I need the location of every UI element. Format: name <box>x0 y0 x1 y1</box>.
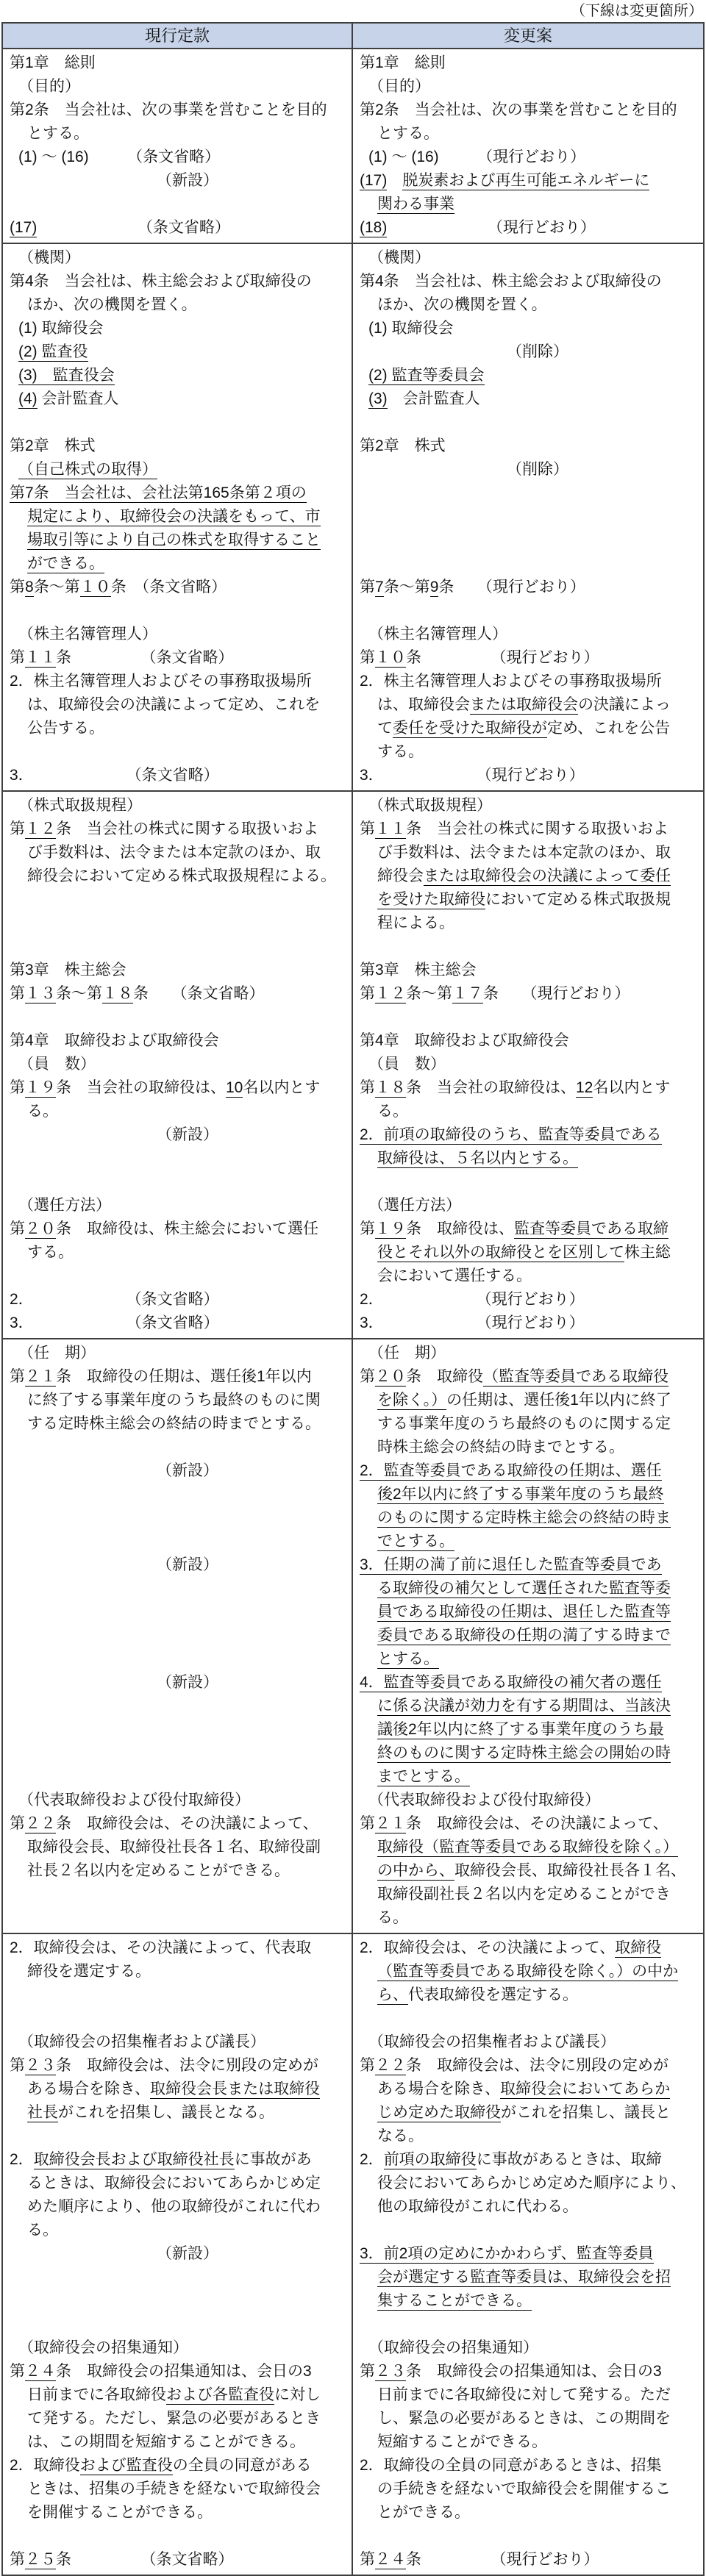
text-segment: （員 数） <box>18 1056 96 1073</box>
text-line: 社長がこれを招集し、議長となる。 <box>7 2101 350 2125</box>
underlined-segment: または取締役会 <box>470 696 578 715</box>
line-gap <box>357 935 702 959</box>
line-gap <box>7 1577 350 1671</box>
text-line: 2．前項の取締役のうち、監査等委員である <box>357 1123 702 1147</box>
text-segment: 第2条 当会社は、次の事業を営むことを目的 <box>10 101 327 118</box>
text-segment: する定時株主総会の終結の時までとする。 <box>27 1415 321 1432</box>
cell-current: （任 期）第２１条 取締役の任期は、選任後1年以内に終了する事業年度のうち最終の… <box>3 1339 353 1933</box>
text-segment: 第 <box>10 1079 25 1096</box>
underlined-segment: 取締役会長または取締役 <box>150 2081 320 2099</box>
text-line: 関わる事業 <box>357 193 702 216</box>
underlined-segment: 取締役 <box>615 1939 661 1958</box>
text-segment: 条 （条文省略） <box>56 2551 234 2568</box>
text-line: （株式取扱規程） <box>357 794 702 817</box>
text-line: とする。 <box>7 122 350 146</box>
text-segment: 第1章 総則 <box>360 54 446 71</box>
text-line: （株主名簿管理人） <box>357 623 702 646</box>
marker-line: （削除） <box>357 340 702 364</box>
text-line: を開催することができる。 <box>7 2501 350 2525</box>
text-line: て委任を受けた取締役が定め、これを公告 <box>357 717 702 740</box>
cell-proposed: 2．取締役会は、その決議によって、取締役（監査等委員である取締役を除く。）の中か… <box>353 1934 703 2575</box>
text-line: (1) 取締役会 <box>7 317 350 340</box>
text-line: 会において選任する。 <box>357 1264 702 1288</box>
text-segment: に事故があるときは、取締 <box>477 2151 662 2168</box>
text-segment: の任期は、選任後1年以内に終了 <box>446 1392 671 1409</box>
text-segment: び手数料は、法令または本定款のほか、取 <box>377 844 671 861</box>
text-segment: る。 <box>27 2222 58 2239</box>
text-segment: めた順序により、他の取締役がこれに代わ <box>27 2198 321 2215</box>
text-line: (17) 脱炭素および再生可能エネルギーに <box>357 169 702 193</box>
text-segment: 条～第 <box>406 985 452 1002</box>
text-line: 取締役副社長２名以内を定めることができ <box>357 1883 702 1906</box>
text-segment: の全員の同意がある <box>173 2457 312 2474</box>
text-line: を受けた取締役において定める株式取扱規 <box>357 888 702 912</box>
text-line: 取締役は、５名以内とする。 <box>357 1147 702 1170</box>
text-segment: 名以内とす <box>243 1079 320 1096</box>
text-line: (1) ～ (16) （条文省略） <box>7 146 350 169</box>
text-line: 第２３条 取締役会は、法令に別段の定めが <box>7 2054 350 2078</box>
underlined-segment: （監査等委員である取締役 <box>483 1368 668 1387</box>
underlined-segment: および監査役 <box>80 2457 173 2475</box>
text-line: 第２０条 取締役（監査等委員である取締役 <box>357 1365 702 1389</box>
text-line: 議後2年以内に終了する事業年度のうち最 <box>357 1718 702 1742</box>
revision-note: （下線は変更箇所） <box>1 1 705 22</box>
text-line: (4) 会計監査人 <box>7 387 350 411</box>
text-segment: (1) ～ (16) （現行どおり） <box>368 149 585 165</box>
underlined-segment: (18) <box>360 219 387 237</box>
text-segment: （代表取締役および役付取締役） <box>18 1792 250 1808</box>
text-line: 程による。 <box>357 912 702 935</box>
text-segment: において定める株式取扱規 <box>485 891 671 908</box>
text-segment: （目的） <box>368 78 430 95</box>
line-gap <box>357 2313 702 2336</box>
text-segment: 条 取締役は、 <box>406 1220 514 1237</box>
table-row: 2．取締役会は、その決議によって、代表取締役を選定する。（取締役会の招集権者およ… <box>3 1934 703 2575</box>
underlined-segment: １８ <box>102 985 133 1003</box>
line-gap <box>7 599 350 623</box>
text-segment: （任 期） <box>18 1345 96 1362</box>
text-line: 2．監査等委員である取締役の任期は、選任 <box>357 1459 702 1483</box>
text-segment: 取締役会長、取締役社長各１名、取締役副 <box>27 1839 321 1856</box>
text-line: 第１２条～第１７条 （現行どおり） <box>357 982 702 1006</box>
text-line: （選任方法） <box>357 1194 702 1217</box>
cell-proposed: （株式取扱規程）第１１条 当会社の株式に関する取扱いおよび手数料は、法令または本… <box>353 792 703 1338</box>
underlined-segment: 取締役は、５名以内とする。 <box>377 1150 578 1168</box>
text-line: の手続きを経ないで取締役会を開催するこ <box>357 2477 702 2501</box>
text-segment: 2．取締役会は、その決議によって、 <box>360 1939 615 1956</box>
text-line: （目的） <box>357 75 702 99</box>
text-line: は、この期間を短縮することができる。 <box>7 2430 350 2454</box>
text-segment: 短縮することができる。 <box>377 2433 547 2450</box>
document-page: （下線は変更箇所） 現行定款 変更案 第1章 総則（目的）第2条 当会社は、次の… <box>0 0 706 2576</box>
text-line: （取締役会の招集通知） <box>357 2336 702 2360</box>
text-segment: 条 （現行どおり） <box>406 2551 599 2568</box>
text-segment: (1) ～ (16) （条文省略） <box>18 149 220 165</box>
underlined-segment: 脱炭素および再生可能エネルギーに <box>402 172 649 190</box>
underlined-segment: 社長 <box>27 2104 58 2122</box>
underlined-segment: ２１ <box>25 1368 56 1387</box>
text-segment: 2． <box>10 2151 34 2168</box>
text-segment: 第 <box>360 1368 375 1385</box>
text-line: 第２４条 （現行どおり） <box>357 2548 702 2572</box>
text-segment: （新設） <box>157 1556 218 1573</box>
underlined-segment: 場取引等により自己の株式を取得すること <box>27 532 321 550</box>
articles-comparison-table: 現行定款 変更案 第1章 総則（目的）第2条 当会社は、次の事業を営むことを目的… <box>1 22 705 2576</box>
text-line: (3) 監査役会 <box>7 364 350 387</box>
text-segment: (1) 取締役会 <box>18 320 104 337</box>
text-segment: 第 <box>10 2057 25 2074</box>
text-segment: 会計監査人 <box>38 390 119 407</box>
text-segment: 株主総 <box>624 1244 671 1261</box>
underlined-segment: ができる。 <box>27 555 104 573</box>
underlined-segment: (3) <box>368 390 388 409</box>
text-line: 2． （現行どおり） <box>357 1288 702 1312</box>
text-segment: （選任方法） <box>368 1197 461 1214</box>
text-line: 第7条～第9条 （現行どおり） <box>357 576 702 599</box>
table-rows: 第1章 総則（目的）第2条 当会社は、次の事業を営むことを目的とする。(1) ～… <box>3 49 703 2575</box>
text-segment: 第4章 取締役および取締役会 <box>360 1032 569 1049</box>
text-segment: する事業年度のうち最終のものに関する定 <box>377 1415 671 1432</box>
underlined-segment: 7 <box>375 579 384 597</box>
text-line: る。 <box>7 1100 350 1123</box>
text-line: （株主名簿管理人） <box>7 623 350 646</box>
text-line: とする。 <box>357 1647 702 1671</box>
underlined-segment: 4．監査等委員である取締役の補欠者の選任 <box>360 1674 662 1692</box>
text-line: 日前までに各取締役および各監査役に対し <box>7 2383 350 2407</box>
text-segment: て <box>377 720 393 737</box>
cell-proposed: （任 期）第２０条 取締役（監査等委員である取締役を除く。）の任期は、選任後1年… <box>353 1339 703 1933</box>
text-segment: （機関） <box>18 249 80 266</box>
text-segment: 第 <box>10 820 25 837</box>
text-line: する。 <box>7 1241 350 1264</box>
underlined-segment: （監査等委員である取締役を除く。）の中か <box>377 1963 678 1981</box>
text-segment: 条～第 <box>56 985 102 1002</box>
text-segment: 第 <box>10 2551 25 2568</box>
text-line: （員 数） <box>357 1053 702 1076</box>
text-line: 第２１条 取締役会は、その決議によって、 <box>357 1812 702 1836</box>
text-segment: 第 <box>360 2551 375 2568</box>
marker-line: （新設） <box>7 1123 350 1147</box>
text-line: （代表取締役および役付取締役） <box>357 1789 702 1812</box>
text-segment: る。 <box>377 1909 408 1926</box>
text-segment: 代表取締役を選定する。 <box>408 1986 578 2003</box>
text-segment: 公告する。 <box>27 720 104 737</box>
text-segment: ときは、招集の手続きを経ないで取締役会 <box>27 2480 321 2497</box>
text-segment: 条 取締役会の招集通知は、会日の3 <box>56 2363 312 2380</box>
text-line: 第4条 当会社は、株主総会および取締役の <box>7 270 350 293</box>
line-gap <box>7 1483 350 1553</box>
text-line: 第2条 当会社は、次の事業を営むことを目的 <box>7 99 350 122</box>
underlined-segment: １１ <box>375 820 406 839</box>
text-segment: 第 <box>360 820 375 837</box>
line-gap <box>7 193 350 216</box>
underlined-segment: の中から、 <box>377 1862 454 1881</box>
text-segment: 条 当会社の株式に関する取扱いおよ <box>406 820 668 837</box>
underlined-segment: (2) 監査等委員会 <box>368 367 485 385</box>
text-line: 第4条 当会社は、株主総会および取締役の <box>357 270 702 293</box>
text-segment: （新設） <box>157 1126 218 1143</box>
underlined-segment: １７ <box>452 985 483 1003</box>
underlined-segment: １０ <box>375 649 406 668</box>
text-line: までとする。 <box>357 1765 702 1789</box>
underlined-segment: 前項の取締役 <box>384 2151 477 2169</box>
text-segment: 2．取締役の全員の同意があるときは、招集 <box>360 2457 662 2474</box>
text-line: 第2章 株式 <box>357 434 702 458</box>
text-line: なる。 <box>357 2125 702 2148</box>
text-segment: 条 （条文省略） <box>133 985 265 1002</box>
text-line: 終のものに関する定時株主総会の開始の時 <box>357 1742 702 1765</box>
text-segment: する。 <box>27 1244 74 1261</box>
text-segment: 3． （現行どおり） <box>360 767 585 784</box>
text-line: 4．監査等委員である取締役の補欠者の選任 <box>357 1671 702 1695</box>
text-segment: 他の取締役がこれに代わる。 <box>377 2198 578 2215</box>
line-gap <box>7 1006 350 1029</box>
text-line: る。 <box>357 1906 702 1930</box>
text-segment: がこれを招集し、議長と <box>501 2104 671 2121</box>
line-gap <box>357 2525 702 2548</box>
cell-proposed: 第1章 総則（目的）第2条 当会社は、次の事業を営むことを目的とする。(1) ～… <box>353 49 703 243</box>
text-line: 2．取締役の全員の同意があるときは、招集 <box>357 2454 702 2477</box>
underlined-segment: （自己株式の取得） <box>18 461 157 479</box>
text-segment: する。 <box>377 743 424 760</box>
text-line: 規定により、取締役会の決議をもって、市 <box>7 505 350 529</box>
text-line: 第1章 総則 <box>357 51 702 75</box>
text-segment: に事故があ <box>235 2151 312 2168</box>
marker-line: （削除） <box>357 458 702 482</box>
text-line: に終了する事業年度のうち最終のものに関 <box>7 1389 350 1412</box>
text-segment: を開催することができる。 <box>27 2504 213 2521</box>
text-segment: 3． （現行どおり） <box>360 1314 585 1331</box>
text-segment: 締役会において定める株式取扱規程による。 <box>27 867 336 884</box>
table-header-row: 現行定款 変更案 <box>3 24 703 49</box>
text-segment: 第3章 株主総会 <box>10 962 126 978</box>
line-gap <box>7 1983 350 2031</box>
text-line: めた順序により、他の取締役がこれに代わ <box>7 2195 350 2219</box>
text-segment: 第2条 当会社は、次の事業を営むことを目的 <box>360 101 677 118</box>
text-segment: 会計監査人 <box>388 390 480 407</box>
line-gap <box>7 1883 350 1930</box>
text-line: 2．取締役会は、その決議によって、代表取 <box>7 1936 350 1960</box>
text-line: 3． （現行どおり） <box>357 764 702 787</box>
text-segment: るときは、取締役会においてあらかじめ定 <box>27 2175 321 2192</box>
text-line: ほか、次の機関を置く。 <box>357 293 702 317</box>
text-segment: 第 <box>10 649 25 666</box>
cell-proposed: （機関）第4条 当会社は、株主総会および取締役のほか、次の機関を置く。(1) 取… <box>353 244 703 790</box>
text-segment: 条 （現行どおり） <box>483 985 630 1002</box>
text-segment: （株式取扱規程） <box>368 797 492 814</box>
text-segment: 第 <box>360 985 375 1002</box>
underlined-segment: とする。 <box>377 1650 439 1669</box>
text-line: 第4章 取締役および取締役会 <box>7 1029 350 1053</box>
text-line: 第２２条 取締役会は、その決議によって、 <box>7 1812 350 1836</box>
underlined-segment: ２２ <box>375 2057 406 2075</box>
underlined-segment: 8 <box>25 579 34 597</box>
text-line: は、取締役会の決議によって定め、これを <box>7 693 350 717</box>
text-line: （員 数） <box>7 1053 350 1076</box>
text-line: （取締役会の招集権者および議長） <box>7 2031 350 2054</box>
text-line: する。 <box>357 740 702 764</box>
text-segment: 3． （条文省略） <box>10 1314 219 1331</box>
text-segment: 第3章 株主総会 <box>360 962 477 978</box>
text-line: とする。 <box>357 122 702 146</box>
text-line: を除く。）の任期は、選任後1年以内に終了 <box>357 1389 702 1412</box>
text-line: 2．株主名簿管理人およびその事務取扱場所 <box>357 670 702 693</box>
text-line: 第２４条 取締役会の招集通知は、会日の3 <box>7 2360 350 2383</box>
text-segment: の手続きを経ないで取締役会を開催するこ <box>377 2480 671 2497</box>
underlined-segment: 12 <box>576 1079 593 1098</box>
text-segment: ほか、次の機関を置く。 <box>27 296 197 313</box>
underlined-segment: ２４ <box>25 2363 56 2381</box>
text-segment: 時株主総会の終結の時までとする。 <box>377 1439 624 1456</box>
line-gap <box>7 1436 350 1459</box>
text-segment: 取締役会長、取締役社長各１名、 <box>454 1862 686 1879</box>
text-segment: る。 <box>27 1103 58 1120</box>
text-line: 第2章 株式 <box>7 434 350 458</box>
text-segment: （取締役会の招集通知） <box>18 2339 188 2356</box>
table-row: （機関）第4条 当会社は、株主総会および取締役のほか、次の機関を置く。(1) 取… <box>3 244 703 792</box>
text-line: 役会においてあらかじめ定めた順序により、 <box>357 2172 702 2195</box>
text-segment: 2．株主名簿管理人およびその事務取扱場所 <box>360 673 662 690</box>
text-segment: 締役を選定する。 <box>27 1963 151 1980</box>
underlined-segment: (17) <box>10 219 37 237</box>
text-segment: 条 （条文省略） <box>56 649 234 666</box>
underlined-segment: ２３ <box>375 2363 406 2381</box>
text-segment: 条 当会社の株式に関する取扱いおよ <box>56 820 318 837</box>
text-line: ら、代表取締役を選定する。 <box>357 1983 702 2007</box>
text-segment: とができる。 <box>377 2504 470 2521</box>
line-gap <box>357 2219 702 2242</box>
marker-line: （新設） <box>7 169 350 193</box>
text-line: （株式取扱規程） <box>7 794 350 817</box>
text-segment: （削除） <box>507 343 568 360</box>
text-segment: （機関） <box>368 249 430 266</box>
underlined-segment: ２４ <box>375 2551 406 2569</box>
text-line: 締役会において定める株式取扱規程による。 <box>7 865 350 888</box>
text-segment: 第 <box>360 579 375 595</box>
text-segment: 定め、これを公告 <box>547 720 670 737</box>
text-line: 第１３条～第１８条 （条文省略） <box>7 982 350 1006</box>
text-segment: る。 <box>377 1103 408 1120</box>
underlined-segment: 2．監査等委員である取締役の任期は、選任 <box>360 1462 662 1481</box>
text-segment: 第 <box>10 985 25 1002</box>
text-line: （選任方法） <box>7 1194 350 1217</box>
text-line: 場取引等により自己の株式を取得すること <box>7 529 350 552</box>
text-line: 第２５条 （条文省略） <box>7 2548 350 2572</box>
text-segment: （取締役会の招集権者および議長） <box>368 2033 616 2050</box>
text-segment: とする。 <box>27 125 89 142</box>
text-segment: 役会においてあらかじめ定めた順序により、 <box>377 2175 686 2192</box>
underlined-segment: ２１ <box>375 1815 406 1833</box>
text-line: 第8条～第１０条 （条文省略） <box>7 576 350 599</box>
text-line: (18) （現行どおり） <box>357 216 702 240</box>
text-line: 第3章 株主総会 <box>7 959 350 982</box>
text-segment: 2．取締役会は、その決議によって、代表取 <box>10 1939 311 1956</box>
underlined-segment: 2．前項の取締役のうち、監査等委員である <box>360 1126 662 1145</box>
text-line: 役とそれ以外の取締役とを区別して株主総 <box>357 1241 702 1264</box>
underlined-segment: を受けた取締役 <box>377 891 485 909</box>
text-line: は、取締役会または取締役会の決議によっ <box>357 693 702 717</box>
marker-line: （新設） <box>7 1459 350 1483</box>
text-segment: なる。 <box>377 2128 424 2144</box>
table-row: （株式取扱規程）第１２条 当会社の株式に関する取扱いおよび手数料は、法令または本… <box>3 792 703 1339</box>
text-line: (2) 監査役 <box>7 340 350 364</box>
text-segment: 第 <box>10 2363 25 2380</box>
underlined-segment: １０ <box>80 579 111 597</box>
text-line: び手数料は、法令または本定款のほか、取 <box>7 841 350 865</box>
underlined-segment: ２２ <box>25 1815 56 1833</box>
text-line: （目的） <box>7 75 350 99</box>
text-segment: 条 取締役会は、法令に別段の定めが <box>406 2057 668 2074</box>
line-gap <box>357 2007 702 2031</box>
line-gap <box>7 888 350 959</box>
underlined-segment: ２５ <box>25 2551 56 2569</box>
text-segment: ある場合を除き、 <box>27 2081 150 2097</box>
underlined-segment: じめ定めた取締役 <box>377 2104 501 2122</box>
text-segment: 2． <box>360 2151 384 2168</box>
text-line: でとする。 <box>357 1530 702 1553</box>
text-segment: （株式取扱規程） <box>18 797 142 814</box>
text-line: 日前までに各取締役に対して発する。ただ <box>357 2383 702 2407</box>
header-proposed-amendments: 変更案 <box>353 24 703 48</box>
text-segment: 社長２名以内を定めることができる。 <box>27 1862 290 1879</box>
text-line: 2．取締役会長および取締役社長に事故があ <box>7 2148 350 2172</box>
text-segment: （員 数） <box>368 1056 446 1073</box>
text-line: 3． （現行どおり） <box>357 1312 702 1335</box>
text-line: 第3章 株主総会 <box>357 959 702 982</box>
line-gap <box>7 2266 350 2336</box>
text-segment: 第 <box>10 579 25 595</box>
line-gap <box>7 1264 350 1288</box>
text-segment <box>387 172 402 189</box>
text-line: るときは、取締役会においてあらかじめ定 <box>7 2172 350 2195</box>
text-line: ときは、招集の手続きを経ないで取締役会 <box>7 2477 350 2501</box>
underlined-segment: 関わる事業 <box>377 196 454 214</box>
text-line: 3． （条文省略） <box>7 1312 350 1335</box>
text-line: 2． （条文省略） <box>7 1288 350 1312</box>
text-segment: 第2章 株式 <box>360 437 446 454</box>
underlined-segment: 委員である取締役の任期の満了する時まで <box>377 1627 671 1645</box>
text-line: (1) ～ (16) （現行どおり） <box>357 146 702 169</box>
text-line: ある場合を除き、取締役会においてあらか <box>357 2078 702 2101</box>
underlined-segment: ２０ <box>25 1220 56 1239</box>
line-gap <box>7 1695 350 1789</box>
text-segment: に終了する事業年度のうち最終のものに関 <box>27 1392 321 1409</box>
underlined-segment: １８ <box>375 1079 406 1098</box>
text-segment: は、取締役会 <box>377 696 470 713</box>
text-segment: 条～第 <box>384 579 430 595</box>
underlined-segment: までとする。 <box>377 1768 470 1786</box>
text-segment: （目的） <box>18 78 80 95</box>
underlined-segment: (17) <box>360 172 387 190</box>
underlined-segment: 10 <box>226 1079 243 1098</box>
text-line: する事業年度のうち最終のものに関する定 <box>357 1412 702 1436</box>
text-segment: （現行どおり） <box>387 219 596 236</box>
underlined-segment: (3) 監査役会 <box>18 367 115 385</box>
text-segment: （新設） <box>157 1674 218 1691</box>
text-line: 委員である取締役の任期の満了する時まで <box>357 1624 702 1647</box>
text-segment: （代表取締役および役付取締役） <box>368 1792 600 1808</box>
text-line: (17) （条文省略） <box>7 216 350 240</box>
text-segment: 日前までに各取締役に対して発する。ただ <box>377 2386 671 2403</box>
underlined-segment: (2) 監査役 <box>18 343 88 362</box>
underlined-segment: １１ <box>25 649 56 668</box>
text-segment: 第4条 当会社は、株主総会および取締役の <box>360 273 662 290</box>
line-gap <box>7 1147 350 1194</box>
text-segment: 名以内とす <box>593 1079 670 1096</box>
text-line: る。 <box>7 2219 350 2242</box>
line-gap <box>357 599 702 623</box>
underlined-segment: 9 <box>430 579 439 597</box>
